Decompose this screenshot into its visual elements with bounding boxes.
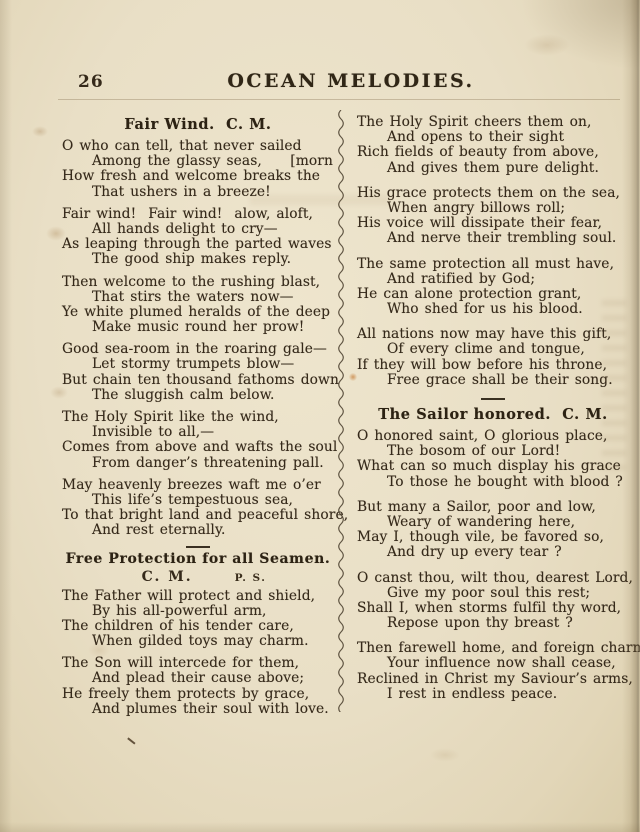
- poem-line: His voice will dissipate their fear,: [357, 216, 629, 231]
- poem-line: How fresh and welcome breaks the: [62, 169, 334, 184]
- poem-line: To those he bought with blood ?: [357, 475, 629, 490]
- poem-line: All nations now may have this gift,: [357, 327, 629, 342]
- ink-mark: [127, 737, 135, 744]
- part-label: P. S.: [235, 572, 267, 584]
- poem-line: Let stormy trumpets blow—: [62, 357, 334, 372]
- poem-line: Weary of wandering here,: [357, 515, 629, 530]
- poem-line: When angry billows roll;: [357, 201, 629, 216]
- poem-line: If they will bow before his throne,: [357, 358, 629, 373]
- foxing-stain: [32, 126, 48, 137]
- page-corner-shadow: [520, 0, 640, 70]
- fair-wind-stanzas: O who can tell, that never sailedAmong t…: [62, 139, 334, 539]
- catchword: [morn: [290, 154, 333, 169]
- text-columns: Fair Wind. C. M. O who can tell, that ne…: [62, 110, 618, 724]
- hymn-title-fair-wind: Fair Wind. C. M.: [62, 116, 334, 133]
- poem-line: But many a Sailor, poor and low,: [357, 500, 629, 515]
- stanza: Then welcome to the rushing blast,That s…: [62, 275, 334, 336]
- poem-line: O who can tell, that never sailed: [62, 139, 334, 154]
- poem-line: May heavenly breezes waft me o’er: [62, 478, 334, 493]
- poem-line: His grace protects them on the sea,: [357, 186, 629, 201]
- poem-line: Free grace shall be their song.: [357, 373, 629, 388]
- poem-line: Of every clime and tongue,: [357, 342, 629, 357]
- poem-line: He can alone protection grant,: [357, 287, 629, 302]
- poem-line: O canst thou, wilt thou, dearest Lord,: [357, 571, 629, 586]
- poem-line: Comes from above and wafts the soul: [62, 440, 334, 455]
- poem-line: All hands delight to cry—: [62, 222, 334, 237]
- hymn-divider-rule: [186, 546, 210, 548]
- poem-line: And rest eternally.: [62, 523, 334, 538]
- poem-line: That stirs the waters now—: [62, 290, 334, 305]
- column-divider-wave: [334, 110, 348, 712]
- poem-line: By his all-powerful arm,: [62, 604, 334, 619]
- poem-line: Who shed for us his blood.: [357, 302, 629, 317]
- poem-line: Invisible to all,—: [62, 425, 334, 440]
- poem-line: That ushers in a breeze!: [62, 185, 334, 200]
- poem-line: The sluggish calm below.: [62, 388, 334, 403]
- poem-line: The Holy Spirit like the wind,: [62, 410, 334, 425]
- poem-line: Your influence now shall cease,: [357, 656, 629, 671]
- hymn-title-sailor-honored: The Sailor honored. C. M.: [357, 406, 629, 423]
- poem-line: The Holy Spirit cheers them on,: [357, 115, 629, 130]
- poem-line: And plumes their soul with love.: [62, 702, 334, 717]
- poem-line: As leaping through the parted waves: [62, 237, 334, 252]
- running-title: OCEAN MELODIES.: [62, 70, 640, 92]
- poem-line: Reclined in Christ my Saviour’s arms,: [357, 672, 629, 687]
- stanza: His grace protects them on the sea,When …: [357, 186, 629, 247]
- poem-line: And opens to their sight: [357, 130, 629, 145]
- poem-line: When gilded toys may charm.: [62, 634, 334, 649]
- poem-line: Repose upon thy breast ?: [357, 616, 629, 631]
- poem-line: To that bright land and peaceful shore,: [62, 508, 334, 523]
- stanza: All nations now may have this gift,Of ev…: [357, 327, 629, 388]
- poem-line: And gives them pure delight.: [357, 161, 629, 176]
- poem-line: The bosom of our Lord!: [357, 444, 629, 459]
- stanza: Then farewell home, and foreign charms,Y…: [357, 641, 629, 702]
- poem-line: The children of his tender care,: [62, 619, 334, 634]
- poem-line: Fair wind! Fair wind! alow, aloft,: [62, 207, 334, 222]
- stanza: The same protection all must have,And ra…: [357, 257, 629, 318]
- left-column: Fair Wind. C. M. O who can tell, that ne…: [62, 110, 334, 724]
- poem-line: Make music round her prow!: [62, 320, 334, 335]
- book-page: 26 OCEAN MELODIES. Fair Wind. C. M. O wh…: [0, 0, 640, 832]
- hymn-divider-rule: [481, 398, 505, 400]
- poem-line: Give my poor soul this rest;: [357, 586, 629, 601]
- stanza: The Son will intercede for them,And plea…: [62, 656, 334, 717]
- sailor-honored-stanzas: O honored saint, O glorious place,The bo…: [357, 429, 629, 702]
- meter-label: C. M.: [142, 569, 193, 585]
- stanza: O who can tell, that never sailedAmong t…: [62, 139, 334, 200]
- poem-line: Ye white plumed heralds of the deep: [62, 305, 334, 320]
- poem-line: O honored saint, O glorious place,: [357, 429, 629, 444]
- poem-line: The Father will protect and shield,: [62, 589, 334, 604]
- free-protection-continued-stanzas: The Holy Spirit cheers them on,And opens…: [357, 115, 629, 388]
- header-rule: [58, 99, 620, 100]
- poem-line: Good sea-room in the roaring gale—: [62, 342, 334, 357]
- poem-line: And nerve their trembling soul.: [357, 231, 629, 246]
- poem-line: And dry up every tear ?: [357, 545, 629, 560]
- poem-line: May I, though vile, be favored so,: [357, 530, 629, 545]
- poem-line-text: Among the glassy seas,: [92, 154, 262, 169]
- poem-line: What can so much display his grace: [357, 459, 629, 474]
- poem-line: The good ship makes reply.: [62, 252, 334, 267]
- poem-line: Rich fields of beauty from above,: [357, 145, 629, 160]
- poem-line: Shall I, when storms fulfil thy word,: [357, 601, 629, 616]
- hymn-subtitle: C. M. P. S.: [68, 569, 340, 585]
- wavy-line: [334, 110, 348, 712]
- stanza: O honored saint, O glorious place,The bo…: [357, 429, 629, 490]
- stanza: Fair wind! Fair wind! alow, aloft,All ha…: [62, 207, 334, 268]
- foxing-stain: [430, 748, 460, 762]
- stanza: Good sea-room in the roaring gale—Let st…: [62, 342, 334, 403]
- stanza: But many a Sailor, poor and low,Weary of…: [357, 500, 629, 561]
- hymn-title-free-protection: Free Protection for all Seamen.: [62, 551, 334, 567]
- right-column: The Holy Spirit cheers them on,And opens…: [348, 110, 629, 712]
- poem-line: Then welcome to the rushing blast,: [62, 275, 334, 290]
- poem-line: But chain ten thousand fathoms down: [62, 373, 334, 388]
- page-edge-shadow-left: [0, 0, 12, 832]
- stanza: The Holy Spirit like the wind,Invisible …: [62, 410, 334, 471]
- poem-line: The Son will intercede for them,: [62, 656, 334, 671]
- poem-line: And plead their cause above;: [62, 671, 334, 686]
- stanza: The Holy Spirit cheers them on,And opens…: [357, 115, 629, 176]
- stanza: The Father will protect and shield,By hi…: [62, 589, 334, 650]
- poem-line: This life’s tempestuous sea,: [62, 493, 334, 508]
- poem-line: From danger’s threatening pall.: [62, 456, 334, 471]
- poem-line: I rest in endless peace.: [357, 687, 629, 702]
- stanza: May heavenly breezes waft me o’erThis li…: [62, 478, 334, 539]
- free-protection-stanzas: The Father will protect and shield,By hi…: [62, 589, 334, 718]
- stanza: O canst thou, wilt thou, dearest Lord,Gi…: [357, 571, 629, 632]
- poem-line: Among the glassy seas,[morn: [62, 154, 334, 169]
- poem-line: The same protection all must have,: [357, 257, 629, 272]
- poem-line: And ratified by God;: [357, 272, 629, 287]
- poem-line: He freely them protects by grace,: [62, 687, 334, 702]
- page-edge-shadow-bottom: [0, 822, 640, 832]
- poem-line: Then farewell home, and foreign charms,: [357, 641, 629, 656]
- foxing-stain: [524, 34, 570, 56]
